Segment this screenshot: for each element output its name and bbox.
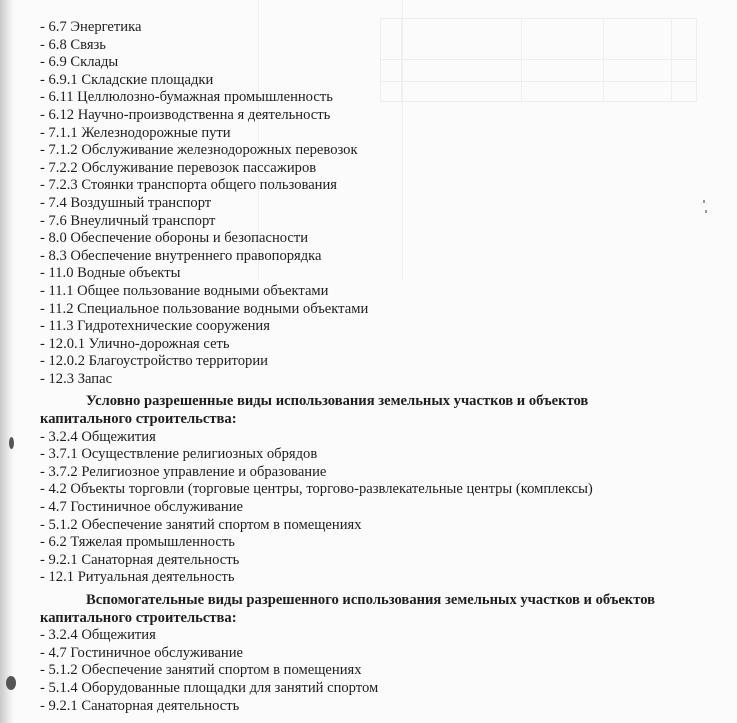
list-item: - 6.12 Научно-производственна я деятельн… xyxy=(40,107,720,125)
document-body: - 6.7 Энергетика- 6.8 Связь- 6.9 Склады-… xyxy=(40,19,720,715)
list-item: - 11.1 Общее пользование водными объекта… xyxy=(40,283,720,301)
list-item: - 7.6 Внеуличный транспорт xyxy=(40,213,720,231)
punch-hole-mark xyxy=(6,676,16,690)
list-item: - 5.1.2 Обеспечение занятий спортом в по… xyxy=(40,517,720,535)
list-item: - 5.1.4 Оборудованные площадки для занят… xyxy=(40,680,720,698)
punch-hole-mark xyxy=(9,437,14,449)
list-item: - 6.2 Тяжелая промышленность xyxy=(40,534,720,552)
list-item: - 12.3 Запас xyxy=(40,371,720,389)
list-item: - 8.3 Обеспечение внутреннего правопоряд… xyxy=(40,248,720,266)
list-item: - 4.2 Объекты торговли (торговые центры,… xyxy=(40,481,720,499)
list-item: - 9.2.1 Санаторная деятельность xyxy=(40,552,720,570)
list-item: - 12.0.2 Благоустройство территории xyxy=(40,353,720,371)
list-item: - 6.8 Связь xyxy=(40,37,720,55)
heading-line: Вспомогательные виды разрешенного исполь… xyxy=(40,587,700,610)
list-item: - 3.2.4 Общежития xyxy=(40,429,720,447)
list-item: - 6.7 Энергетика xyxy=(40,19,720,37)
list-item: - 4.7 Гостиничное обслуживание xyxy=(40,645,720,663)
main-permitted-uses-list: - 6.7 Энергетика- 6.8 Связь- 6.9 Склады-… xyxy=(40,19,720,388)
list-item: - 5.1.2 Обеспечение занятий спортом в по… xyxy=(40,662,720,680)
list-item: - 4.7 Гостиничное обслуживание xyxy=(40,499,720,517)
conditional-uses-heading: Условно разрешенные виды использования з… xyxy=(40,388,700,428)
auxiliary-uses-heading: Вспомогательные виды разрешенного исполь… xyxy=(40,587,700,627)
list-item: - 11.3 Гидротехнические сооружения xyxy=(40,318,720,336)
list-item: - 12.1 Ритуальная деятельность xyxy=(40,569,720,587)
auxiliary-uses-list: - 3.2.4 Общежития- 4.7 Гостиничное обслу… xyxy=(40,627,720,715)
list-item: - 7.2.2 Обслуживание перевозок пассажиро… xyxy=(40,160,720,178)
list-item: - 11.2 Специальное пользование водными о… xyxy=(40,301,720,319)
list-item: - 6.9.1 Складские площадки xyxy=(40,72,720,90)
list-item: - 7.2.3 Стоянки транспорта общего пользо… xyxy=(40,177,720,195)
list-item: - 7.4 Воздушный транспорт xyxy=(40,195,720,213)
list-item: - 3.7.1 Осуществление религиозных обрядо… xyxy=(40,446,720,464)
list-item: - 6.11 Целлюлозно-бумажная промышленност… xyxy=(40,89,720,107)
list-item: - 3.2.4 Общежития xyxy=(40,627,720,645)
heading-line: Условно разрешенные виды использования з… xyxy=(40,388,700,411)
list-item: - 7.1.1 Железнодорожные пути xyxy=(40,125,720,143)
list-item: - 6.9 Склады xyxy=(40,54,720,72)
conditional-uses-list: - 3.2.4 Общежития- 3.7.1 Осуществление р… xyxy=(40,429,720,587)
list-item: - 12.0.1 Улично-дорожная сеть xyxy=(40,336,720,354)
list-item: - 11.0 Водные объекты xyxy=(40,265,720,283)
list-item: - 8.0 Обеспечение обороны и безопасности xyxy=(40,230,720,248)
list-item: - 9.2.1 Санаторная деятельность xyxy=(40,698,720,716)
page-edge-shadow xyxy=(0,0,14,723)
list-item: - 3.7.2 Религиозное управление и образов… xyxy=(40,464,720,482)
heading-line: капитального строительства: xyxy=(40,610,700,628)
list-item: - 7.1.2 Обслуживание железнодорожных пер… xyxy=(40,142,720,160)
heading-line: капитального строительства: xyxy=(40,411,700,429)
